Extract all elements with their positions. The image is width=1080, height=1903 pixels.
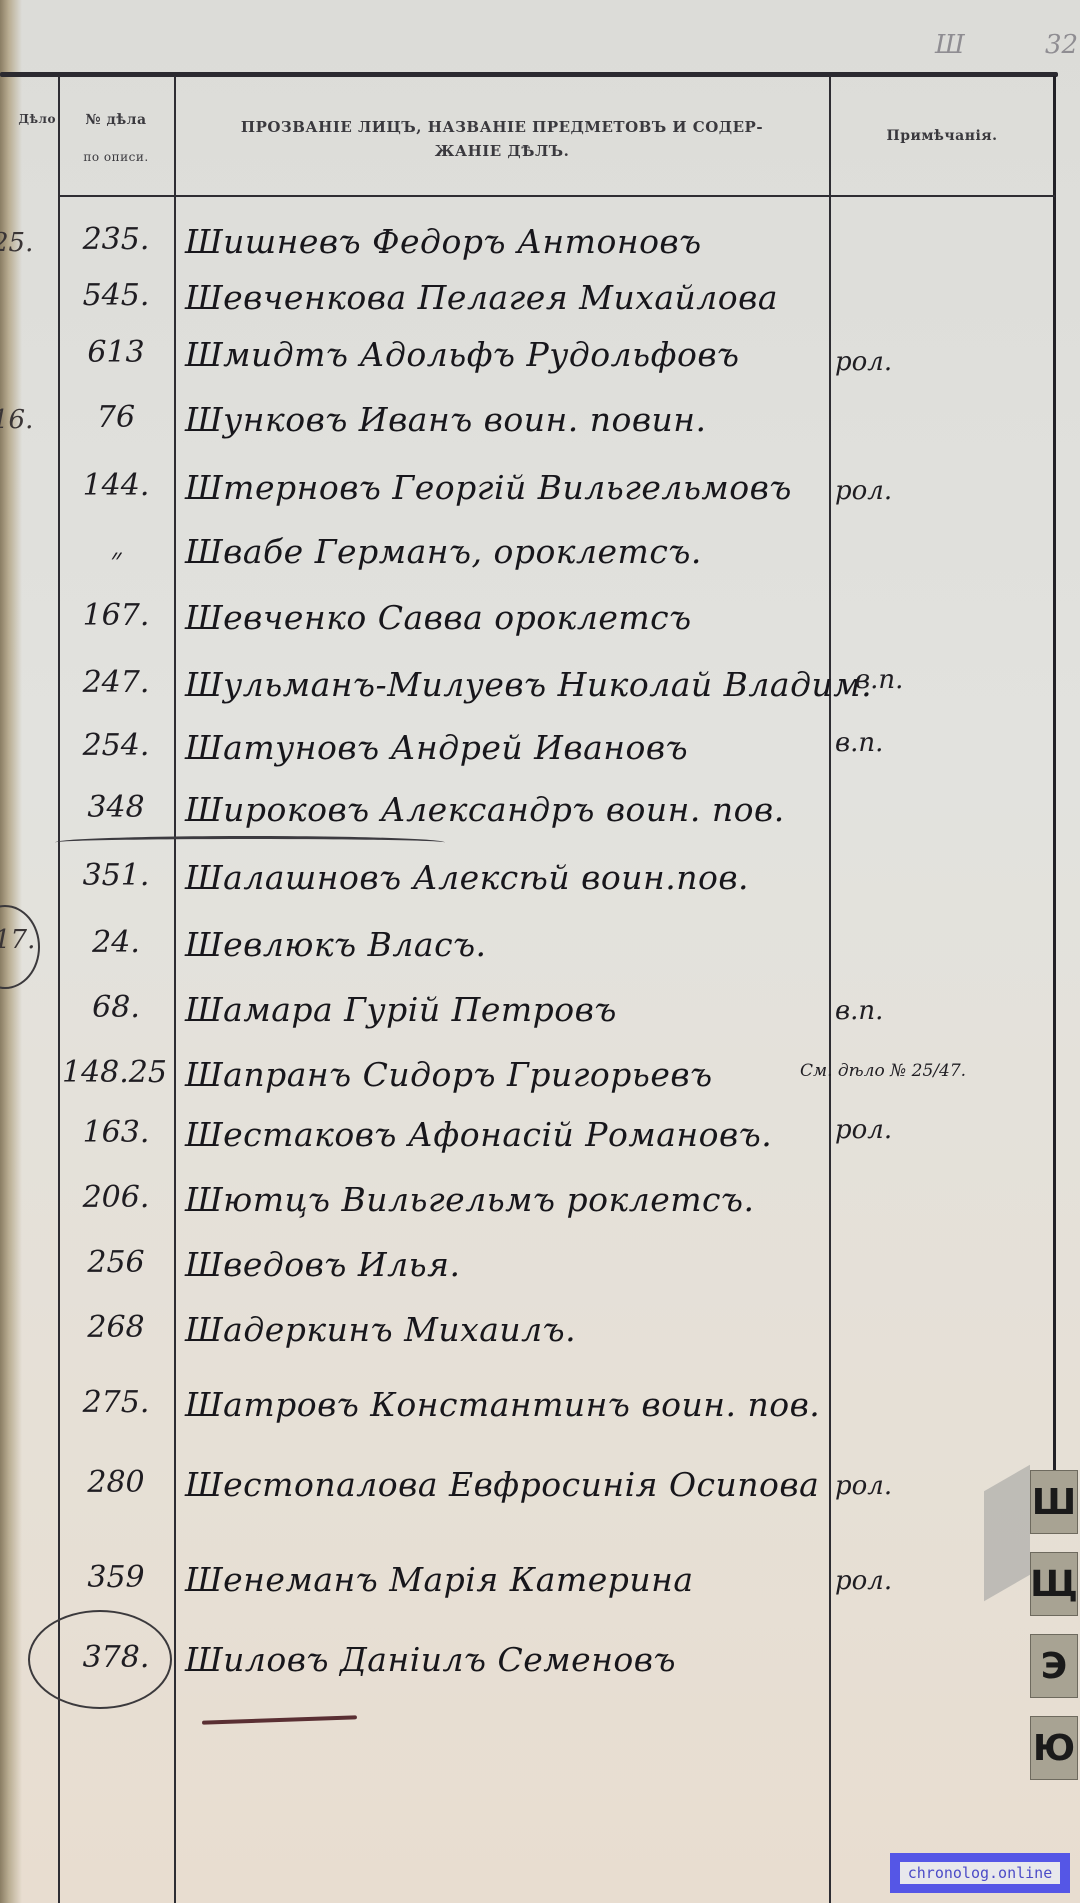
- end-of-list-stroke: [202, 1715, 357, 1724]
- header-names-line1: ПРОЗВАНІЕ ЛИЦЪ, НАЗВАНІЕ ПРЕДМЕТОВЪ И СО…: [176, 118, 828, 136]
- entry-note: в.п.: [835, 996, 883, 1026]
- table-row: 68. Шамара Гурій Петровъ в.п.: [0, 990, 1080, 1050]
- entry-name: Шестаковъ Афонасій Романовъ.: [185, 1115, 825, 1154]
- entry-name: Шмидтъ Адольфъ Рудольфовъ: [185, 335, 825, 374]
- case-number: 378.: [60, 1640, 172, 1675]
- table-row: 268 Шадеркинъ Михаилъ.: [0, 1310, 1080, 1370]
- entry-note: рол.: [835, 1471, 892, 1501]
- entry-name: Шадеркинъ Михаилъ.: [185, 1310, 825, 1349]
- case-number: 148.25: [62, 1055, 167, 1090]
- entry-note: рол.: [835, 476, 892, 506]
- entry-name: Шатуновъ Андрей Ивановъ: [185, 728, 825, 767]
- header-names-line2: ЖАНІЕ ДѢЛЪ.: [176, 142, 828, 160]
- table-row: 163. Шестаковъ Афонасій Романовъ. рол.: [0, 1115, 1080, 1175]
- entry-note: См. дѣло № 25/47.: [800, 1061, 966, 1081]
- case-number: 76: [60, 400, 172, 435]
- entry-name: Шютцъ Вильгельмъ роклетсъ.: [185, 1180, 825, 1219]
- case-number: 24.: [60, 925, 172, 960]
- table-row: 351. Шалашновъ Алексѣй воин.пов.: [0, 858, 1080, 918]
- page-number-mark: 32: [1045, 30, 1078, 60]
- entry-name: Шестопалова Евфросинія Осипова: [185, 1465, 825, 1504]
- case-number: 68.: [60, 990, 172, 1025]
- table-row: 148.25 Шапранъ Сидоръ Григорьевъ См. дѣл…: [0, 1055, 1080, 1115]
- table-row: 144. Штерновъ Георгій Вильгельмовъ рол.: [0, 468, 1080, 528]
- table-row: 247. Шульманъ-Милуевъ Николай Владим. в.…: [0, 665, 1080, 725]
- table-row: 235. Шишневъ Федоръ Антоновъ: [0, 222, 1080, 282]
- header-case-number: № дѣла: [60, 112, 172, 128]
- table-row: 378. Шиловъ Даніилъ Семеновъ: [0, 1640, 1080, 1700]
- table-row: 545. Шевченкова Пелагея Михайлова: [0, 278, 1080, 338]
- entry-name: Шунковъ Иванъ воин. повин.: [185, 400, 825, 439]
- case-number: 247.: [60, 665, 172, 700]
- entry-name: Шевченкова Пелагея Михайлова: [185, 278, 825, 317]
- table-top-rule: [0, 72, 1058, 77]
- entry-note: рол.: [835, 1566, 892, 1596]
- entry-note: рол.: [835, 347, 892, 377]
- entry-note: в.п.: [835, 728, 883, 758]
- header-bottom-rule: [58, 195, 1055, 197]
- table-row: ״ Швабе Германъ, ороклетсъ.: [0, 532, 1080, 592]
- entry-note: рол.: [835, 1115, 892, 1145]
- table-row: 280 Шестопалова Евфросинія Осипова рол.: [0, 1465, 1080, 1525]
- section-separator-stroke: [55, 836, 445, 849]
- case-number: 359: [60, 1560, 172, 1595]
- case-number: 348: [60, 790, 172, 825]
- alphabet-index-tabs: Ш Щ Э Ю: [1030, 1470, 1080, 1798]
- case-number: 167.: [60, 598, 172, 633]
- case-number: ״: [60, 542, 172, 577]
- table-row: 359 Шенеманъ Марія Катерина рол.: [0, 1560, 1080, 1620]
- index-tab[interactable]: Щ: [1030, 1552, 1078, 1616]
- entry-name: Шамара Гурій Петровъ: [185, 990, 825, 1029]
- table-row: 167. Шевченко Савва ороклетсъ: [0, 598, 1080, 658]
- entry-name: Шульманъ-Милуевъ Николай Владим.: [185, 665, 825, 704]
- entry-name: Шалашновъ Алексѣй воин.пов.: [185, 858, 825, 897]
- entry-name: Шведовъ Илья.: [185, 1245, 825, 1284]
- table-row: 613 Шмидтъ Адольфъ Рудольфовъ рол.: [0, 335, 1080, 395]
- table-row: 275. Шатровъ Константинъ воин. пов.: [0, 1385, 1080, 1445]
- index-tab[interactable]: Ш: [1030, 1470, 1078, 1534]
- entry-name: Штерновъ Георгій Вильгельмовъ: [185, 468, 825, 507]
- case-number: 144.: [60, 468, 172, 503]
- header-margin-col: Дѣло: [0, 112, 56, 126]
- table-row: 256 Шведовъ Илья.: [0, 1245, 1080, 1305]
- entry-name: Швабе Германъ, ороклетсъ.: [185, 532, 825, 571]
- table-row: 206. Шютцъ Вильгельмъ роклетсъ.: [0, 1180, 1080, 1240]
- case-number: 280: [60, 1465, 172, 1500]
- table-row: 24. Шевлюкъ Власъ.: [0, 925, 1080, 985]
- entry-note: в.п.: [855, 665, 903, 695]
- case-number: 545.: [60, 278, 172, 313]
- case-number: 235.: [60, 222, 172, 257]
- entry-name: Шевченко Савва ороклетсъ: [185, 598, 825, 637]
- index-tab[interactable]: Ю: [1030, 1716, 1078, 1780]
- header-case-number-sub: по описи.: [60, 150, 172, 164]
- case-number: 275.: [60, 1385, 172, 1420]
- case-number: 268: [60, 1310, 172, 1345]
- header-notes: Примѣчанія.: [832, 128, 1052, 144]
- watermark-badge: chronolog.online: [890, 1853, 1070, 1893]
- watermark-text: chronolog.online: [900, 1862, 1061, 1884]
- table-row: 76 Шунковъ Иванъ воин. повин.: [0, 400, 1080, 460]
- case-number: 163.: [60, 1115, 172, 1150]
- entry-name: Шапранъ Сидоръ Григорьевъ: [185, 1055, 825, 1094]
- case-number: 256: [60, 1245, 172, 1280]
- corner-letter-mark: Ш: [935, 30, 965, 60]
- entry-name: Широковъ Александръ воин. пов.: [185, 790, 825, 829]
- entry-name: Шенеманъ Марія Катерина: [185, 1560, 825, 1599]
- case-number: 613: [60, 335, 172, 370]
- case-number: 351.: [60, 858, 172, 893]
- entry-name: Шиловъ Даніилъ Семеновъ: [185, 1640, 825, 1679]
- index-tab[interactable]: Э: [1030, 1634, 1078, 1698]
- table-row: 254. Шатуновъ Андрей Ивановъ в.п.: [0, 728, 1080, 788]
- entry-name: Шевлюкъ Власъ.: [185, 925, 825, 964]
- case-number: 254.: [60, 728, 172, 763]
- entry-name: Шишневъ Федоръ Антоновъ: [185, 222, 825, 261]
- case-number: 206.: [60, 1180, 172, 1215]
- entry-name: Шатровъ Константинъ воин. пов.: [185, 1385, 825, 1424]
